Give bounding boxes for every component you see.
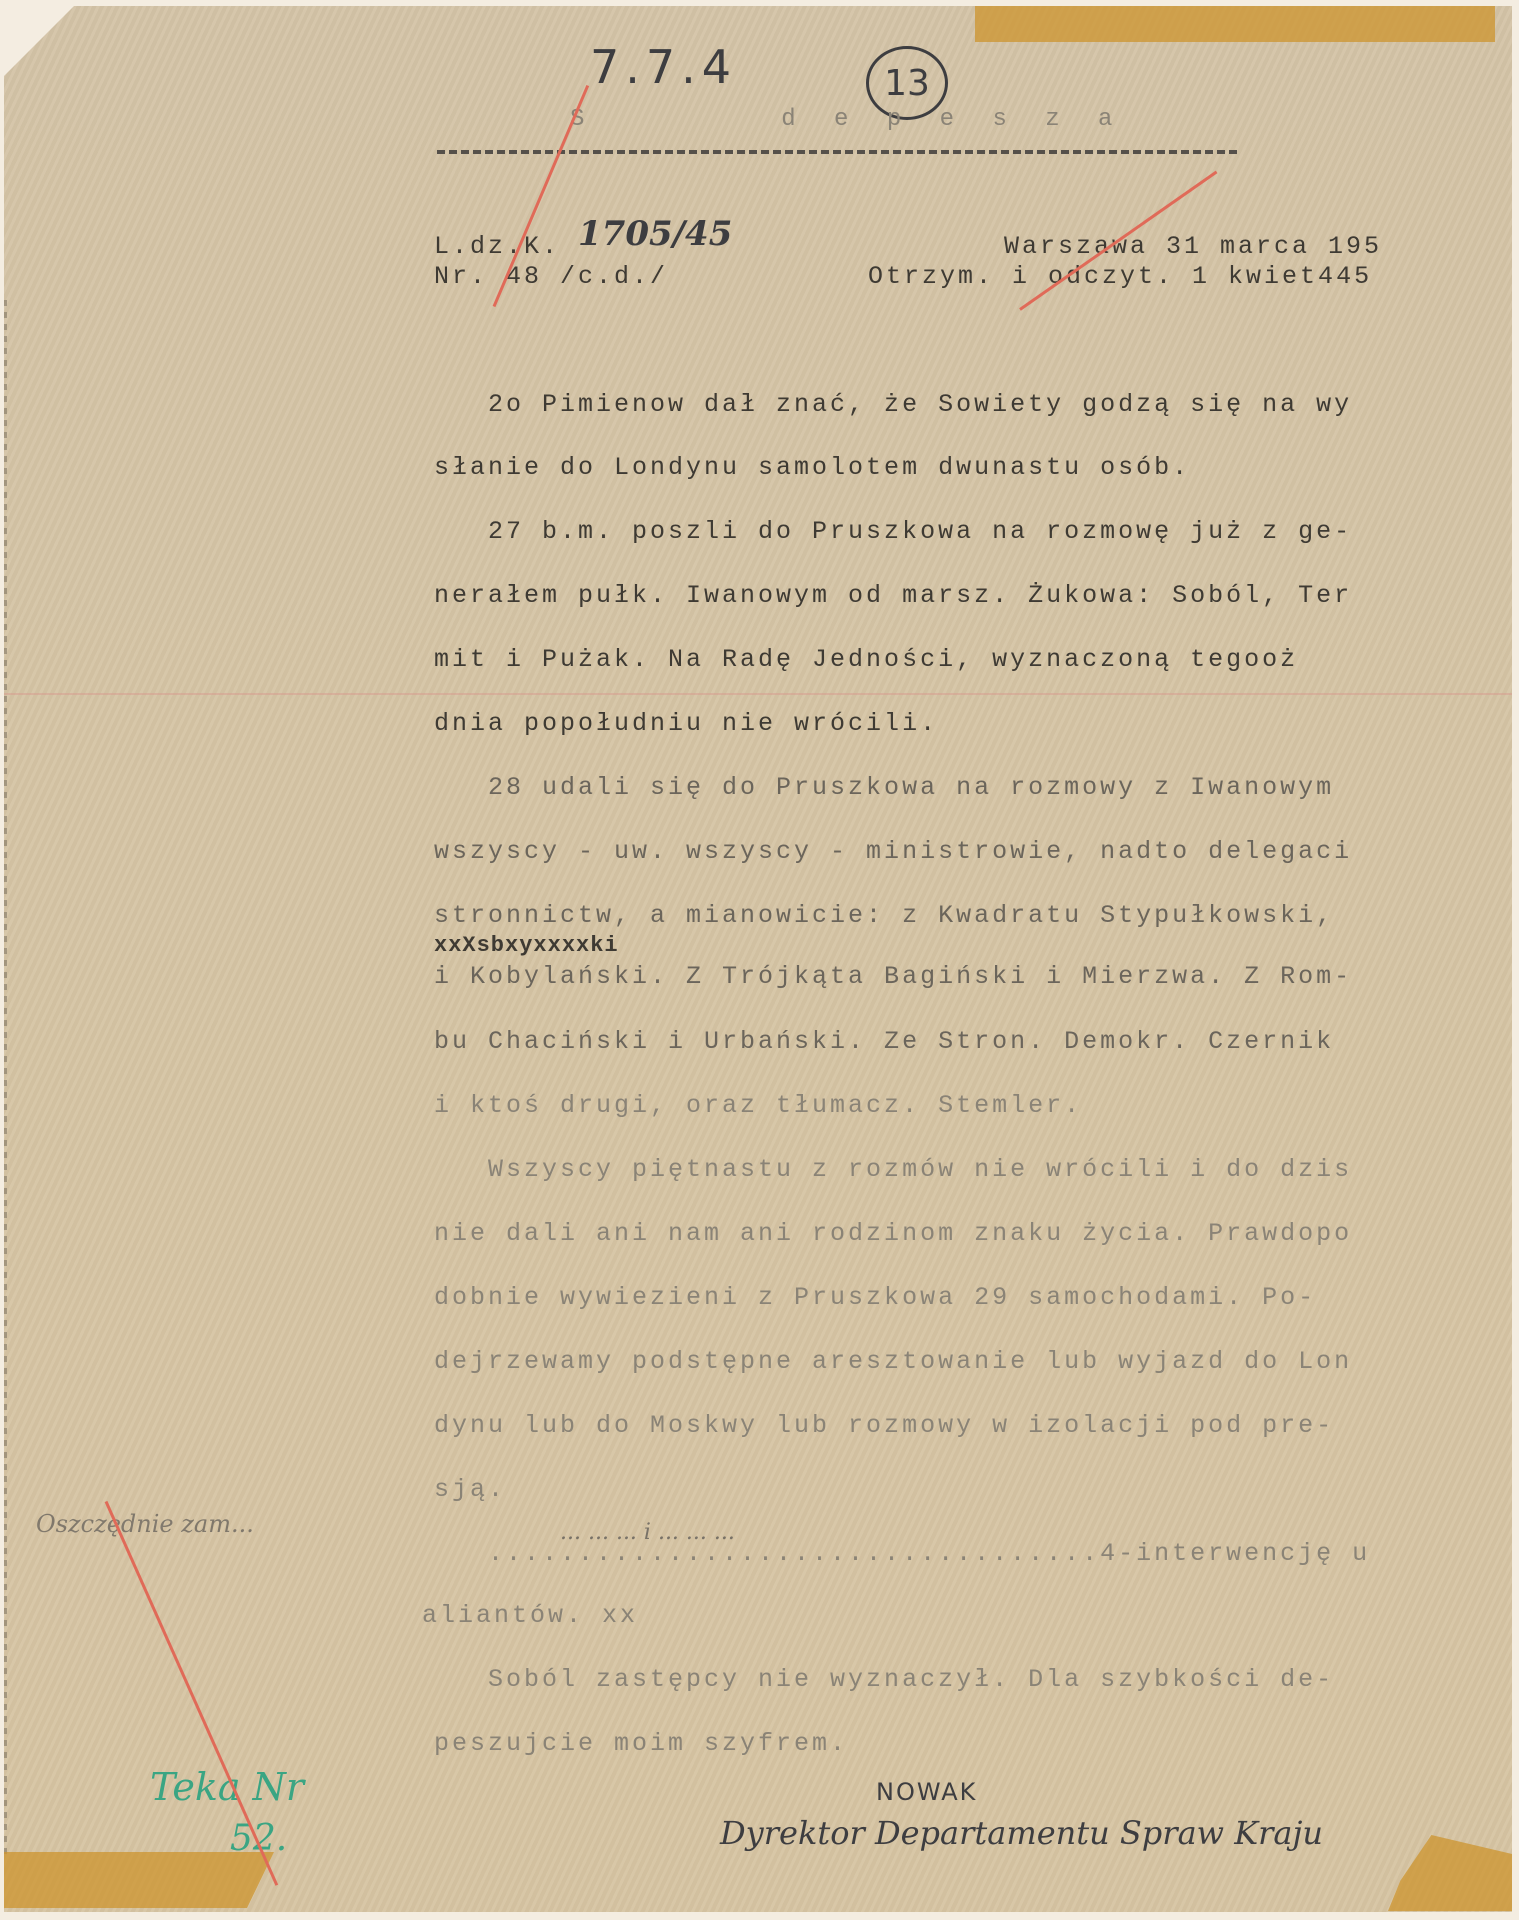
body-line: dynu lub do Moskwy lub rozmowy w izolacj…: [434, 1411, 1334, 1440]
telegram-title: S d e p e s z a: [570, 106, 1124, 133]
body-line: mit i Pużak. Na Radę Jedności, wyznaczon…: [434, 645, 1298, 674]
handwritten-top-reference: 7.7.4: [590, 40, 737, 94]
overtyped-deletion: xxXsbxyxxxxki: [434, 933, 619, 958]
adhesive-tape-bottom-left: [4, 1852, 274, 1908]
body-line: aliantów. xx: [422, 1601, 638, 1630]
body-line: i ktoś drugi, oraz tłumacz. Stemler.: [434, 1091, 1082, 1120]
body-line: bu Chaciński i Urbański. Ze Stron. Demok…: [434, 1027, 1334, 1056]
body-line: nerałem pułk. Iwanowym od marsz. Żukowa:…: [434, 581, 1352, 610]
body-line: dejrzewamy podstępne aresztowanie lub wy…: [434, 1347, 1352, 1376]
body-line: dobnie wywiezieni z Pruszkowa 29 samocho…: [434, 1283, 1316, 1312]
signature-title: Dyrektor Departamentu Spraw Kraju: [720, 1814, 1323, 1852]
document-paper: [4, 6, 1512, 1912]
body-line: i Kobylański. Z Trójkąta Bagiński i Mier…: [434, 962, 1352, 991]
adhesive-tape-top: [975, 6, 1495, 42]
body-line: Soból zastępcy nie wyznaczył. Dla szybko…: [434, 1665, 1334, 1694]
binding-edge: [4, 300, 7, 1860]
ldzk-label: L.dz.K.: [434, 232, 560, 261]
received-date: Otrzym. i odczyt. 1 kwiet445: [868, 262, 1372, 291]
body-line: dnia popołudniu nie wrócili.: [434, 709, 938, 738]
body-line: 2o Pimienow dał znać, że Sowiety godzą s…: [434, 390, 1352, 419]
body-line: wszyscy - uw. wszyscy - ministrowie, nad…: [434, 837, 1352, 866]
body-line: peszujcie moim szyfrem.: [434, 1729, 848, 1758]
nr-label: Nr. 48 /c.d./: [434, 262, 668, 291]
body-line: stronnictw, a mianowicie: z Kwadratu Sty…: [434, 901, 1334, 930]
archive-note-line2: 52.: [230, 1818, 287, 1859]
handwritten-insert: ... ... ... i ... ... ...: [560, 1520, 735, 1545]
margin-note-pencil: Oszczędnie zam...: [36, 1510, 254, 1538]
body-line: Wszyscy piętnastu z rozmów nie wrócili i…: [434, 1155, 1352, 1184]
pink-rule-line: [4, 693, 1512, 695]
signature-name: NOWAK: [876, 1778, 977, 1806]
body-line: 28 udali się do Pruszkowa na rozmowy z I…: [434, 773, 1334, 802]
place-date: Warszawa 31 marca 195: [1004, 232, 1382, 261]
body-line: słanie do Londynu samolotem dwunastu osó…: [434, 453, 1190, 482]
body-line: nie dali ani nam ani rodzinom znaku życi…: [434, 1219, 1352, 1248]
body-line: sją.: [434, 1475, 506, 1504]
body-line: 27 b.m. poszli do Pruszkowa na rozmowę j…: [434, 517, 1352, 546]
ldzk-handwritten-number: 1705/45: [578, 214, 732, 254]
